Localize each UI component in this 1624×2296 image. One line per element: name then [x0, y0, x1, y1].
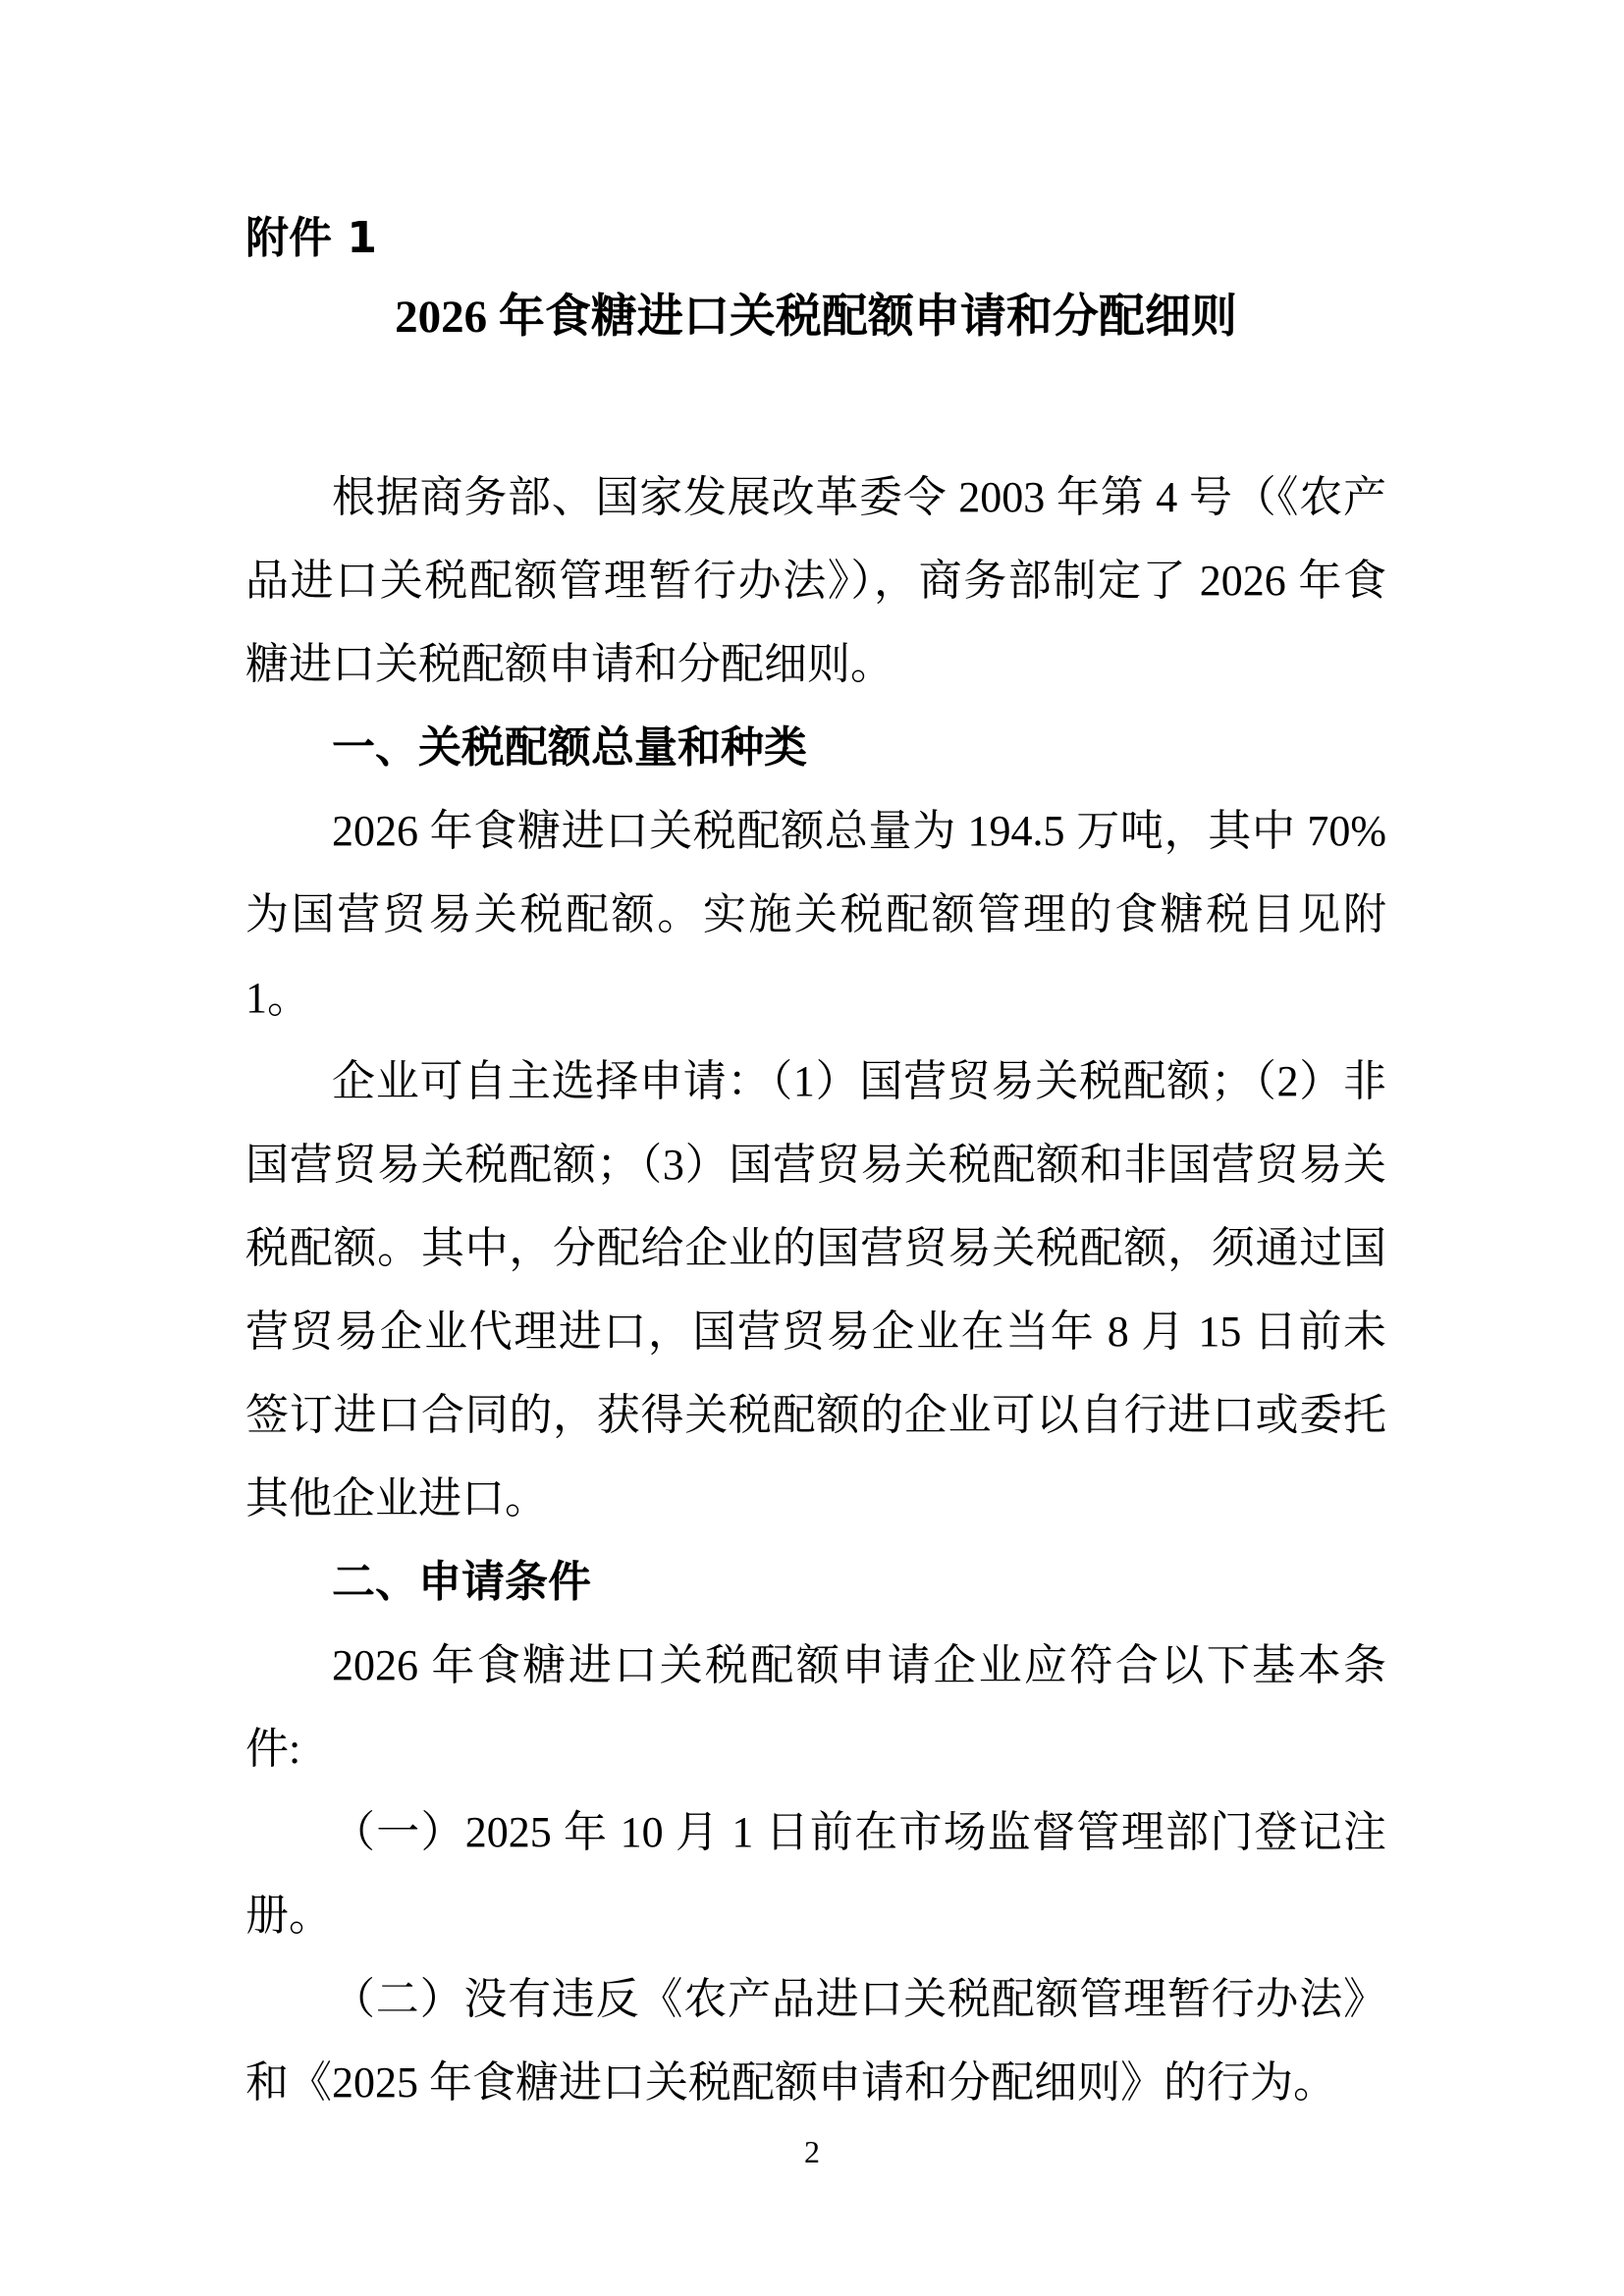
document-body: 附件 1 2026 年食糖进口关税配额申请和分配细则 根据商务部、国家发展改革委…	[245, 215, 1386, 2124]
section-2-heading: 二、申请条件	[245, 1540, 1386, 1624]
document-title: 2026 年食糖进口关税配额申请和分配细则	[245, 276, 1386, 359]
intro-paragraph: 根据商务部、国家发展改革委令 2003 年第 4 号（《农产品进口关税配额管理暂…	[245, 455, 1386, 706]
document-page: 附件 1 2026 年食糖进口关税配额申请和分配细则 根据商务部、国家发展改革委…	[0, 0, 1624, 2296]
section-2-item-1: （一）2025 年 10 月 1 日前在市场监督管理部门登记注册。	[245, 1790, 1386, 1957]
section-1-heading: 一、关税配额总量和种类	[245, 706, 1386, 789]
section-1-paragraph-2: 企业可自主选择申请：（1）国营贸易关税配额；（2）非国营贸易关税配额；（3）国营…	[245, 1040, 1386, 1540]
section-1-paragraph-1: 2026 年食糖进口关税配额总量为 194.5 万吨，其中 70%为国营贸易关税…	[245, 789, 1386, 1040]
section-2-paragraph-1: 2026 年食糖进口关税配额申请企业应符合以下基本条件:	[245, 1624, 1386, 1790]
section-2-item-2: （二）没有违反《农产品进口关税配额管理暂行办法》和《2025 年食糖进口关税配额…	[245, 1957, 1386, 2124]
attachment-label: 附件 1	[245, 215, 1386, 262]
page-number: 2	[0, 2132, 1624, 2171]
